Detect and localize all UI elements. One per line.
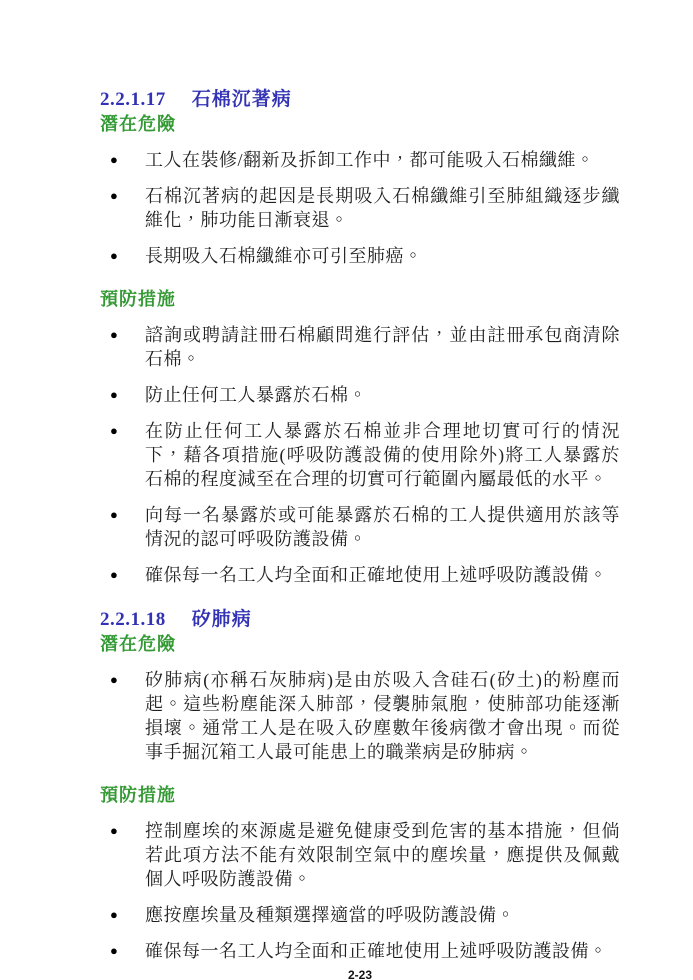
bullet-text: 應按塵埃量及種類選擇適當的呼吸防護設備。 xyxy=(145,903,620,927)
list-item: ● 諮詢或聘請註冊石棉顧問進行評估，並由註冊承包商清除石棉。 xyxy=(100,323,620,371)
bullet-text: 矽肺病(亦稱石灰肺病)是由於吸入含硅石(矽土)的粉塵而起。這些粉塵能深入肺部，侵… xyxy=(145,668,620,764)
prevention-bullet-list: ● 控制塵埃的來源處是避免健康受到危害的基本措施，但倘若此項方法不能有效限制空氣… xyxy=(100,819,620,963)
hazard-bullet-list: ● 工人在裝修/翻新及拆卸工作中，都可能吸入石棉纖維。 ● 石棉沉著病的起因是長… xyxy=(100,148,620,268)
hazard-heading: 潛在危險 xyxy=(100,632,620,656)
list-item: ● 防止任何工人暴露於石棉。 xyxy=(100,383,620,407)
list-item: ● 矽肺病(亦稱石灰肺病)是由於吸入含硅石(矽土)的粉塵而起。這些粉塵能深入肺部… xyxy=(100,668,620,764)
prevention-heading: 預防措施 xyxy=(100,287,620,311)
section-silicosis: 2.2.1.18矽肺病 潛在危險 ● 矽肺病(亦稱石灰肺病)是由於吸入含硅石(矽… xyxy=(100,608,620,963)
section-number: 2.2.1.18 xyxy=(100,609,166,630)
bullet-icon: ● xyxy=(100,244,145,268)
hazard-bullet-list: ● 矽肺病(亦稱石灰肺病)是由於吸入含硅石(矽土)的粉塵而起。這些粉塵能深入肺部… xyxy=(100,668,620,764)
prevention-bullet-list: ● 諮詢或聘請註冊石棉顧問進行評估，並由註冊承包商清除石棉。 ● 防止任何工人暴… xyxy=(100,323,620,587)
list-item: ● 應按塵埃量及種類選擇適當的呼吸防護設備。 xyxy=(100,903,620,927)
bullet-icon: ● xyxy=(100,323,145,371)
page-content: 2.2.1.17石棉沉著病 潛在危險 ● 工人在裝修/翻新及拆卸工作中，都可能吸… xyxy=(0,0,693,980)
bullet-text: 石棉沉著病的起因是長期吸入石棉纖維引至肺組織逐步纖維化，肺功能日漸衰退。 xyxy=(145,184,620,232)
section-number: 2.2.1.17 xyxy=(100,89,166,110)
bullet-icon: ● xyxy=(100,383,145,407)
bullet-icon: ● xyxy=(100,503,145,551)
bullet-text: 確保每一名工人均全面和正確地使用上述呼吸防護設備。 xyxy=(145,939,620,963)
bullet-icon: ● xyxy=(100,939,145,963)
list-item: ● 工人在裝修/翻新及拆卸工作中，都可能吸入石棉纖維。 xyxy=(100,148,620,172)
section-title: 石棉沉著病 xyxy=(192,89,292,110)
bullet-text: 長期吸入石棉纖維亦可引至肺癌。 xyxy=(145,244,620,268)
list-item: ● 確保每一名工人均全面和正確地使用上述呼吸防護設備。 xyxy=(100,563,620,587)
bullet-icon: ● xyxy=(100,819,145,891)
list-item: ● 控制塵埃的來源處是避免健康受到危害的基本措施，但倘若此項方法不能有效限制空氣… xyxy=(100,819,620,891)
section-asbestosis: 2.2.1.17石棉沉著病 潛在危險 ● 工人在裝修/翻新及拆卸工作中，都可能吸… xyxy=(100,88,620,587)
hazard-heading: 潛在危險 xyxy=(100,112,620,136)
document-page: { "page": { "bullet_glyph": "●", "footer… xyxy=(0,0,693,980)
bullet-text: 防止任何工人暴露於石棉。 xyxy=(145,383,620,407)
bullet-icon: ● xyxy=(100,419,145,491)
prevention-heading: 預防措施 xyxy=(100,783,620,807)
list-item: ● 確保每一名工人均全面和正確地使用上述呼吸防護設備。 xyxy=(100,939,620,963)
bullet-text: 向每一名暴露於或可能暴露於石棉的工人提供適用於該等情況的認可呼吸防護設備。 xyxy=(145,503,620,551)
list-item: ● 長期吸入石棉纖維亦可引至肺癌。 xyxy=(100,244,620,268)
bullet-text: 在防止任何工人暴露於石棉並非合理地切實可行的情況下，藉各項措施(呼吸防護設備的使… xyxy=(145,419,620,491)
bullet-text: 諮詢或聘請註冊石棉顧問進行評估，並由註冊承包商清除石棉。 xyxy=(145,323,620,371)
bullet-icon: ● xyxy=(100,184,145,232)
bullet-text: 控制塵埃的來源處是避免健康受到危害的基本措施，但倘若此項方法不能有效限制空氣中的… xyxy=(145,819,620,891)
list-item: ● 在防止任何工人暴露於石棉並非合理地切實可行的情況下，藉各項措施(呼吸防護設備… xyxy=(100,419,620,491)
bullet-icon: ● xyxy=(100,563,145,587)
section-heading: 2.2.1.18矽肺病 xyxy=(100,608,620,632)
bullet-text: 確保每一名工人均全面和正確地使用上述呼吸防護設備。 xyxy=(145,563,620,587)
bullet-icon: ● xyxy=(100,668,145,764)
list-item: ● 向每一名暴露於或可能暴露於石棉的工人提供適用於該等情況的認可呼吸防護設備。 xyxy=(100,503,620,551)
section-title: 矽肺病 xyxy=(192,609,252,630)
bullet-icon: ● xyxy=(100,148,145,172)
bullet-text: 工人在裝修/翻新及拆卸工作中，都可能吸入石棉纖維。 xyxy=(145,148,620,172)
page-number: 2-23 xyxy=(100,968,620,980)
page: 2.2.1.17石棉沉著病 潛在危險 ● 工人在裝修/翻新及拆卸工作中，都可能吸… xyxy=(0,0,693,980)
list-item: ● 石棉沉著病的起因是長期吸入石棉纖維引至肺組織逐步纖維化，肺功能日漸衰退。 xyxy=(100,184,620,232)
section-heading: 2.2.1.17石棉沉著病 xyxy=(100,88,620,112)
bullet-icon: ● xyxy=(100,903,145,927)
